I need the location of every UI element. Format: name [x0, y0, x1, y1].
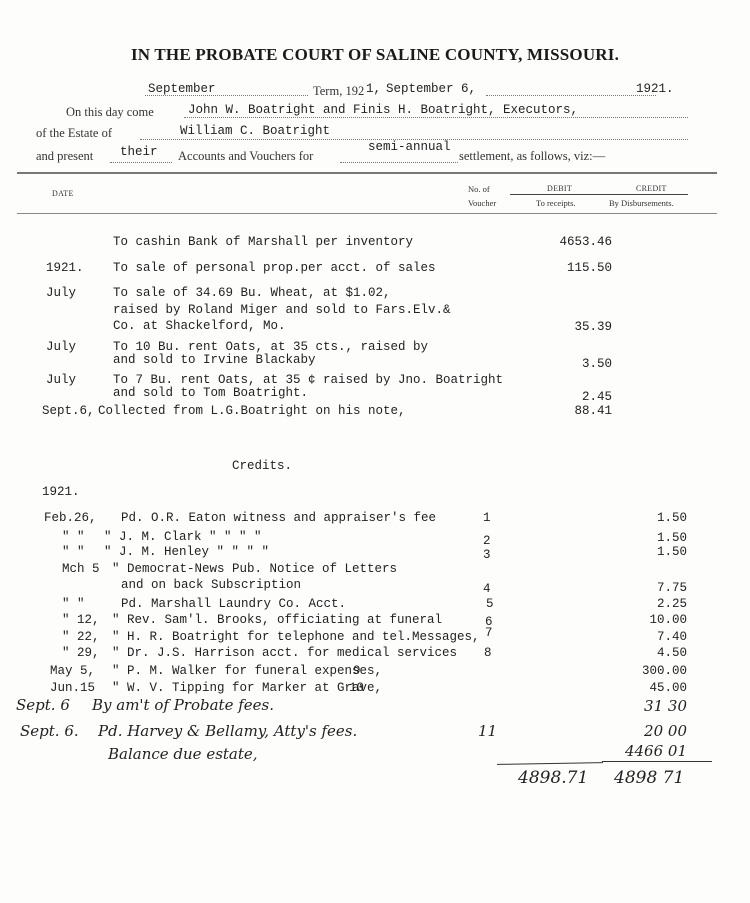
handwritten-row-1-text: By am't of Probate fees.	[92, 696, 274, 714]
credit-row-7-amount: 7.40	[612, 630, 687, 644]
debit-row-4-amount: 3.50	[510, 357, 612, 371]
term-label: Term, 192	[313, 84, 364, 99]
session-date: September 6,	[386, 82, 476, 96]
credit-subheader: By Disbursements.	[609, 198, 674, 208]
executors-names: John W. Boatright and Finis H. Boatright…	[188, 103, 578, 117]
debit-row-3-line-2: raised by Roland Miger and sold to Fars.…	[113, 303, 451, 317]
probate-court-document: IN THE PROBATE COURT OF SALINE COUNTY, M…	[0, 0, 750, 903]
credit-row-7-date: " 22,	[62, 630, 100, 644]
credit-row-8-voucher: 8	[484, 646, 492, 660]
credit-row-9-amount: 300.00	[612, 664, 687, 678]
credit-row-4-line-2: and on back Subscription	[121, 578, 301, 592]
come-label: On this day come	[66, 105, 154, 120]
credit-row-5-amount: 2.25	[612, 597, 687, 611]
credit-row-3-amount: 1.50	[612, 545, 687, 559]
debit-row-5-line-2: and sold to Tom Boatright.	[113, 386, 308, 400]
handwritten-row-2-date: Sept. 6.	[20, 722, 79, 740]
debit-row-3-line-3: Co. at Shackelford, Mo.	[113, 319, 286, 333]
credit-total-rule	[602, 761, 712, 762]
debit-row-4-date: July	[46, 340, 76, 354]
credit-row-6-amount: 10.00	[612, 613, 687, 627]
credit-row-1-voucher: 1	[483, 511, 491, 525]
term-month: September	[148, 82, 216, 96]
debit-row-2-amount: 115.50	[510, 261, 612, 275]
credits-heading: Credits.	[232, 459, 292, 473]
credit-row-3-date: " "	[62, 545, 85, 559]
debit-row-6-date: Sept.6,	[42, 404, 95, 418]
debit-row-3-amount: 35.39	[510, 320, 612, 334]
debit-row-6-text: Collected from L.G.Boatright on his note…	[98, 404, 406, 418]
credit-row-1-amount: 1.50	[612, 511, 687, 525]
estate-label: of the Estate of	[36, 126, 112, 141]
credit-row-4-voucher: 4	[483, 582, 491, 596]
term-year-digit: 1,	[366, 82, 381, 96]
debit-row-5-date: July	[46, 373, 76, 387]
credit-row-10-text: " W. V. Tipping for Marker at Grave,	[112, 681, 382, 695]
credit-row-10-date: Jun.15	[50, 681, 95, 695]
credit-row-3-voucher: 3	[483, 548, 491, 562]
debit-row-3-date: July	[46, 286, 76, 300]
handwritten-row-2-voucher: 11	[478, 722, 497, 740]
credit-column-header: CREDIT	[636, 184, 667, 193]
handwritten-row-1-amount: 31 30	[612, 697, 687, 715]
voucher-column-header-line2: Voucher	[468, 198, 496, 208]
handwritten-row-1-date: Sept. 6	[16, 696, 70, 714]
credit-row-1-date: Feb.26,	[44, 511, 97, 525]
credit-row-7-text: " H. R. Boatright for telephone and tel.…	[112, 630, 480, 644]
dotted-line	[110, 162, 172, 163]
credit-row-5-date: " "	[62, 597, 85, 611]
session-year: 1921.	[636, 82, 674, 96]
document-title: IN THE PROBATE COURT OF SALINE COUNTY, M…	[0, 45, 750, 65]
credit-row-1-text: Pd. O.R. Eaton witness and appraiser's f…	[121, 511, 436, 525]
settlement-type: semi-annual	[368, 140, 451, 154]
credit-row-5-voucher: 5	[486, 597, 494, 611]
handwritten-row-2-amount: 20 00	[612, 722, 687, 740]
credit-row-9-text: " P. M. Walker for funeral expenses,	[112, 664, 382, 678]
credit-row-2-text: " J. M. Clark " " " "	[104, 530, 262, 544]
header-top-rule	[17, 172, 717, 174]
debit-row-5-amount: 2.45	[510, 390, 612, 404]
credit-row-9-voucher: 9	[353, 664, 361, 678]
credit-row-2-voucher: 2	[483, 534, 491, 548]
debit-row-1-amount: 4653.46	[510, 235, 612, 249]
debit-row-2-text: To sale of personal prop.per acct. of sa…	[113, 261, 436, 275]
credit-row-9-date: May 5,	[50, 664, 95, 678]
credit-row-7-voucher: 7	[485, 626, 493, 640]
credit-row-4-line-1: " Democrat-News Pub. Notice of Letters	[112, 562, 397, 576]
dotted-line	[486, 95, 656, 96]
present-label: and present	[36, 149, 93, 164]
credit-row-6-date: " 12,	[62, 613, 100, 627]
credit-row-5-text: Pd. Marshall Laundry Co. Acct.	[121, 597, 346, 611]
present-who: their	[120, 145, 158, 159]
credit-row-10-amount: 45.00	[612, 681, 687, 695]
debit-row-2-date: 1921.	[46, 261, 84, 275]
credit-row-6-text: " Rev. Sam'l. Brooks, officiating at fun…	[112, 613, 442, 627]
credit-row-3-text: " J. M. Henley " " " "	[104, 545, 269, 559]
credit-row-2-amount: 1.50	[612, 531, 687, 545]
debit-row-1-text: To cashin Bank of Marshall per inventory	[113, 235, 413, 249]
date-column-header: DATE	[52, 189, 74, 198]
credit-row-2-date: " "	[62, 530, 85, 544]
balance-due-amount: 4466 01	[600, 742, 687, 760]
debit-row-4-line-2: and sold to Irvine Blackaby	[113, 353, 316, 367]
credit-row-10-voucher: 10	[349, 681, 364, 695]
credit-row-4-amount: 7.75	[612, 581, 687, 595]
dotted-line	[340, 162, 458, 163]
credits-year: 1921.	[42, 485, 80, 499]
dotted-line	[184, 117, 688, 118]
balance-due-label: Balance due estate,	[108, 745, 258, 763]
credit-row-8-amount: 4.50	[612, 646, 687, 660]
debit-total-rule	[497, 762, 603, 765]
debit-subheader: To receipts.	[536, 198, 576, 208]
voucher-column-header-line1: No. of	[468, 184, 490, 194]
debit-row-5-line-1: To 7 Bu. rent Oats, at 35 ¢ raised by Jn…	[113, 373, 503, 387]
handwritten-row-2-text: Pd. Harvey & Bellamy, Atty's fees.	[98, 722, 357, 740]
debit-total: 4898.71	[518, 768, 588, 788]
estate-name: William C. Boatright	[180, 124, 330, 138]
accounts-label: Accounts and Vouchers for	[178, 149, 313, 164]
debit-row-4-line-1: To 10 Bu. rent Oats, at 35 cts., raised …	[113, 340, 428, 354]
credit-row-8-text: " Dr. J.S. Harrison acct. for medical se…	[112, 646, 457, 660]
debit-column-header: DEBIT	[547, 184, 572, 193]
credit-row-8-date: " 29,	[62, 646, 100, 660]
debit-credit-header-rule	[510, 194, 688, 195]
header-bottom-rule	[17, 213, 717, 214]
debit-row-3-line-1: To sale of 34.69 Bu. Wheat, at $1.02,	[113, 286, 391, 300]
settlement-label: settlement, as follows, viz:—	[459, 149, 605, 164]
credit-total: 4898 71	[614, 768, 684, 788]
debit-row-6-amount: 88.41	[510, 404, 612, 418]
credit-row-4-date: Mch 5	[62, 562, 100, 576]
